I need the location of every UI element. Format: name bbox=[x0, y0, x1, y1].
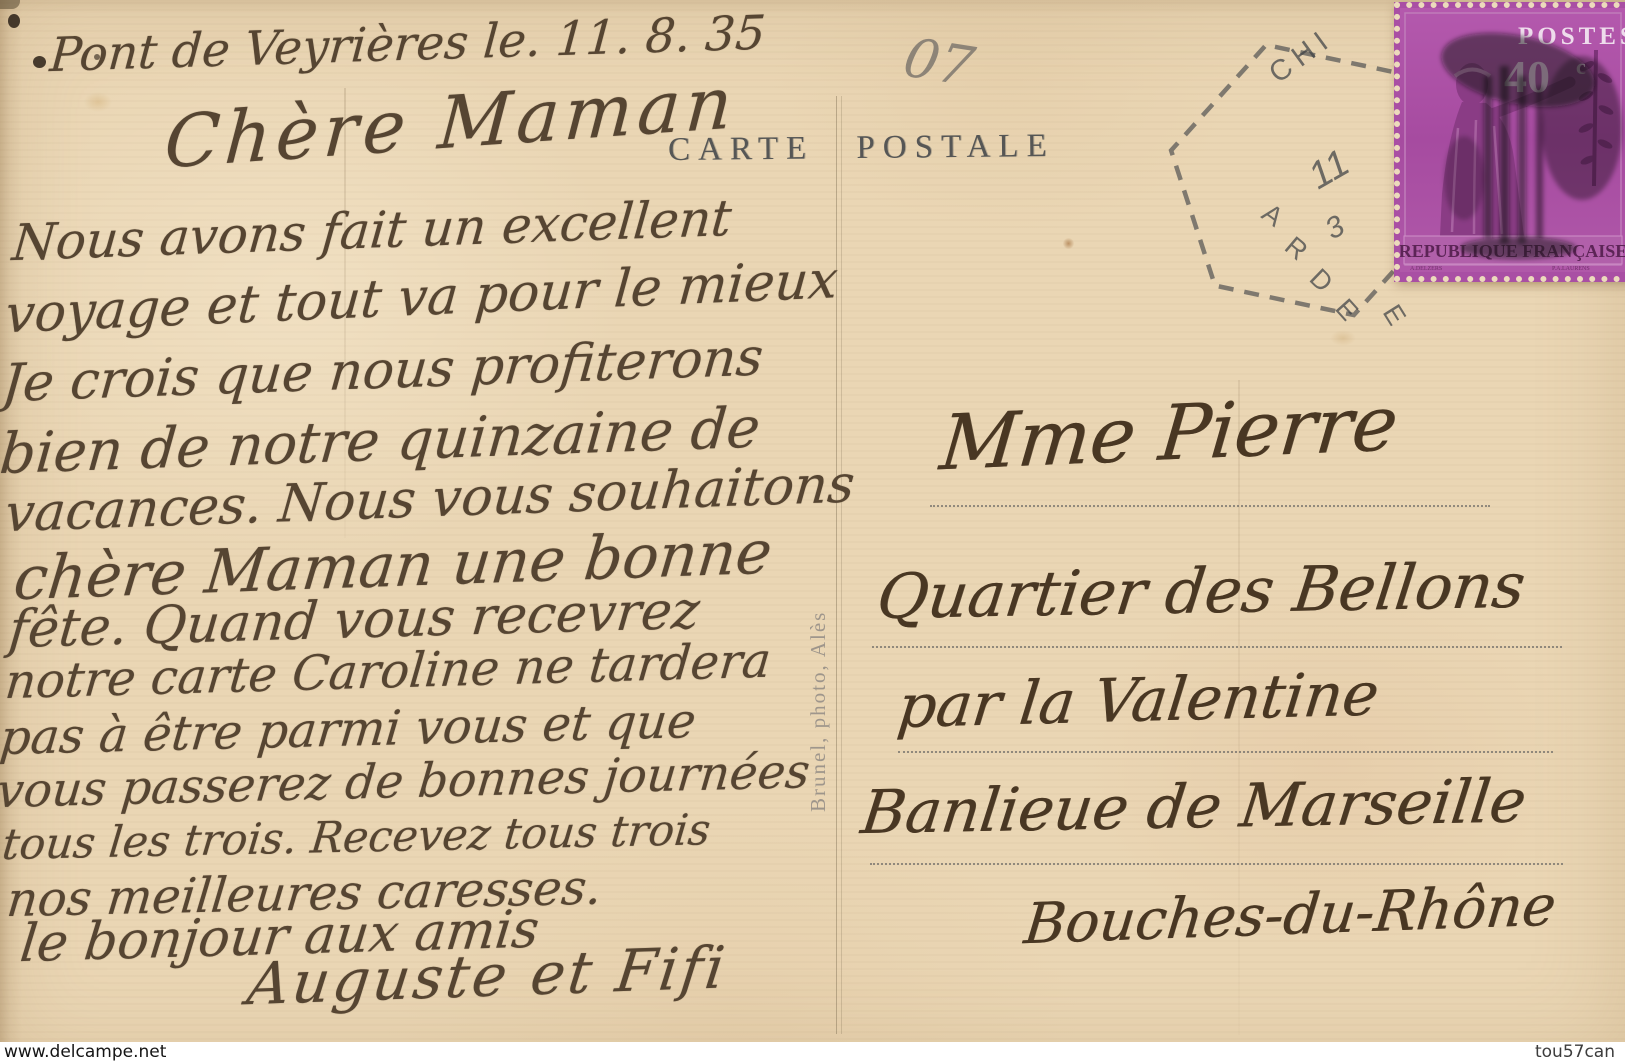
ink-blot bbox=[33, 56, 46, 68]
postmark-dept-letter: A bbox=[1256, 198, 1288, 233]
postmark-dept-letter: R bbox=[1279, 231, 1313, 267]
stamp-engraver-left: A.DELZERS bbox=[1410, 266, 1442, 272]
postmark-dept-letter: E bbox=[1377, 299, 1412, 330]
postmark-dept-letter: D bbox=[1304, 263, 1339, 298]
address-line: par la Valentine bbox=[894, 659, 1382, 742]
address-dotted-line bbox=[930, 505, 1490, 507]
postmark-dept-letter: E bbox=[1330, 293, 1364, 326]
postage-stamp: POSTES 40 c REPUBLIQUE FRANÇAISE A.DELZE… bbox=[1394, 2, 1625, 282]
center-divider bbox=[836, 96, 842, 1034]
publisher-credit: Brunel, photo, Alès bbox=[806, 611, 831, 812]
delcampe-watermark: www.delcampe.net bbox=[4, 1042, 166, 1061]
ink-blot bbox=[8, 14, 20, 28]
paper-stain bbox=[1063, 238, 1074, 249]
postmark-date-day: 11 bbox=[1302, 142, 1357, 198]
stamp-engraver-right: P.A.LAURENS bbox=[1552, 266, 1590, 272]
pencil-code: 07 bbox=[898, 26, 980, 98]
address-dotted-line bbox=[870, 863, 1563, 865]
address-recipient: Mme Pierre bbox=[936, 378, 1401, 487]
stamp-artwork: POSTES 40 c REPUBLIQUE FRANÇAISE A.DELZE… bbox=[1400, 8, 1625, 272]
address-line: Quartier des Bellons bbox=[873, 549, 1529, 633]
postcard-back: CARTE POSTALE Brunel, photo, Alès Pont d… bbox=[0, 0, 1625, 1061]
address-line: Banlieue de Marseille bbox=[857, 766, 1529, 848]
postmark-town-text: CHI bbox=[1263, 22, 1339, 90]
watermark-bar: www.delcampe.net tou57can bbox=[0, 1042, 1625, 1061]
paper-stain bbox=[84, 92, 112, 112]
postmark-date-month: 3 bbox=[1320, 209, 1351, 246]
scan-edge-artifact bbox=[0, 0, 20, 9]
address-dotted-line bbox=[898, 751, 1553, 753]
seller-watermark: tou57can bbox=[1535, 1042, 1615, 1061]
address-dotted-line bbox=[872, 646, 1562, 648]
address-line: Bouches-du-Rhône bbox=[1021, 873, 1559, 957]
salutation: Chère Maman bbox=[162, 60, 740, 185]
